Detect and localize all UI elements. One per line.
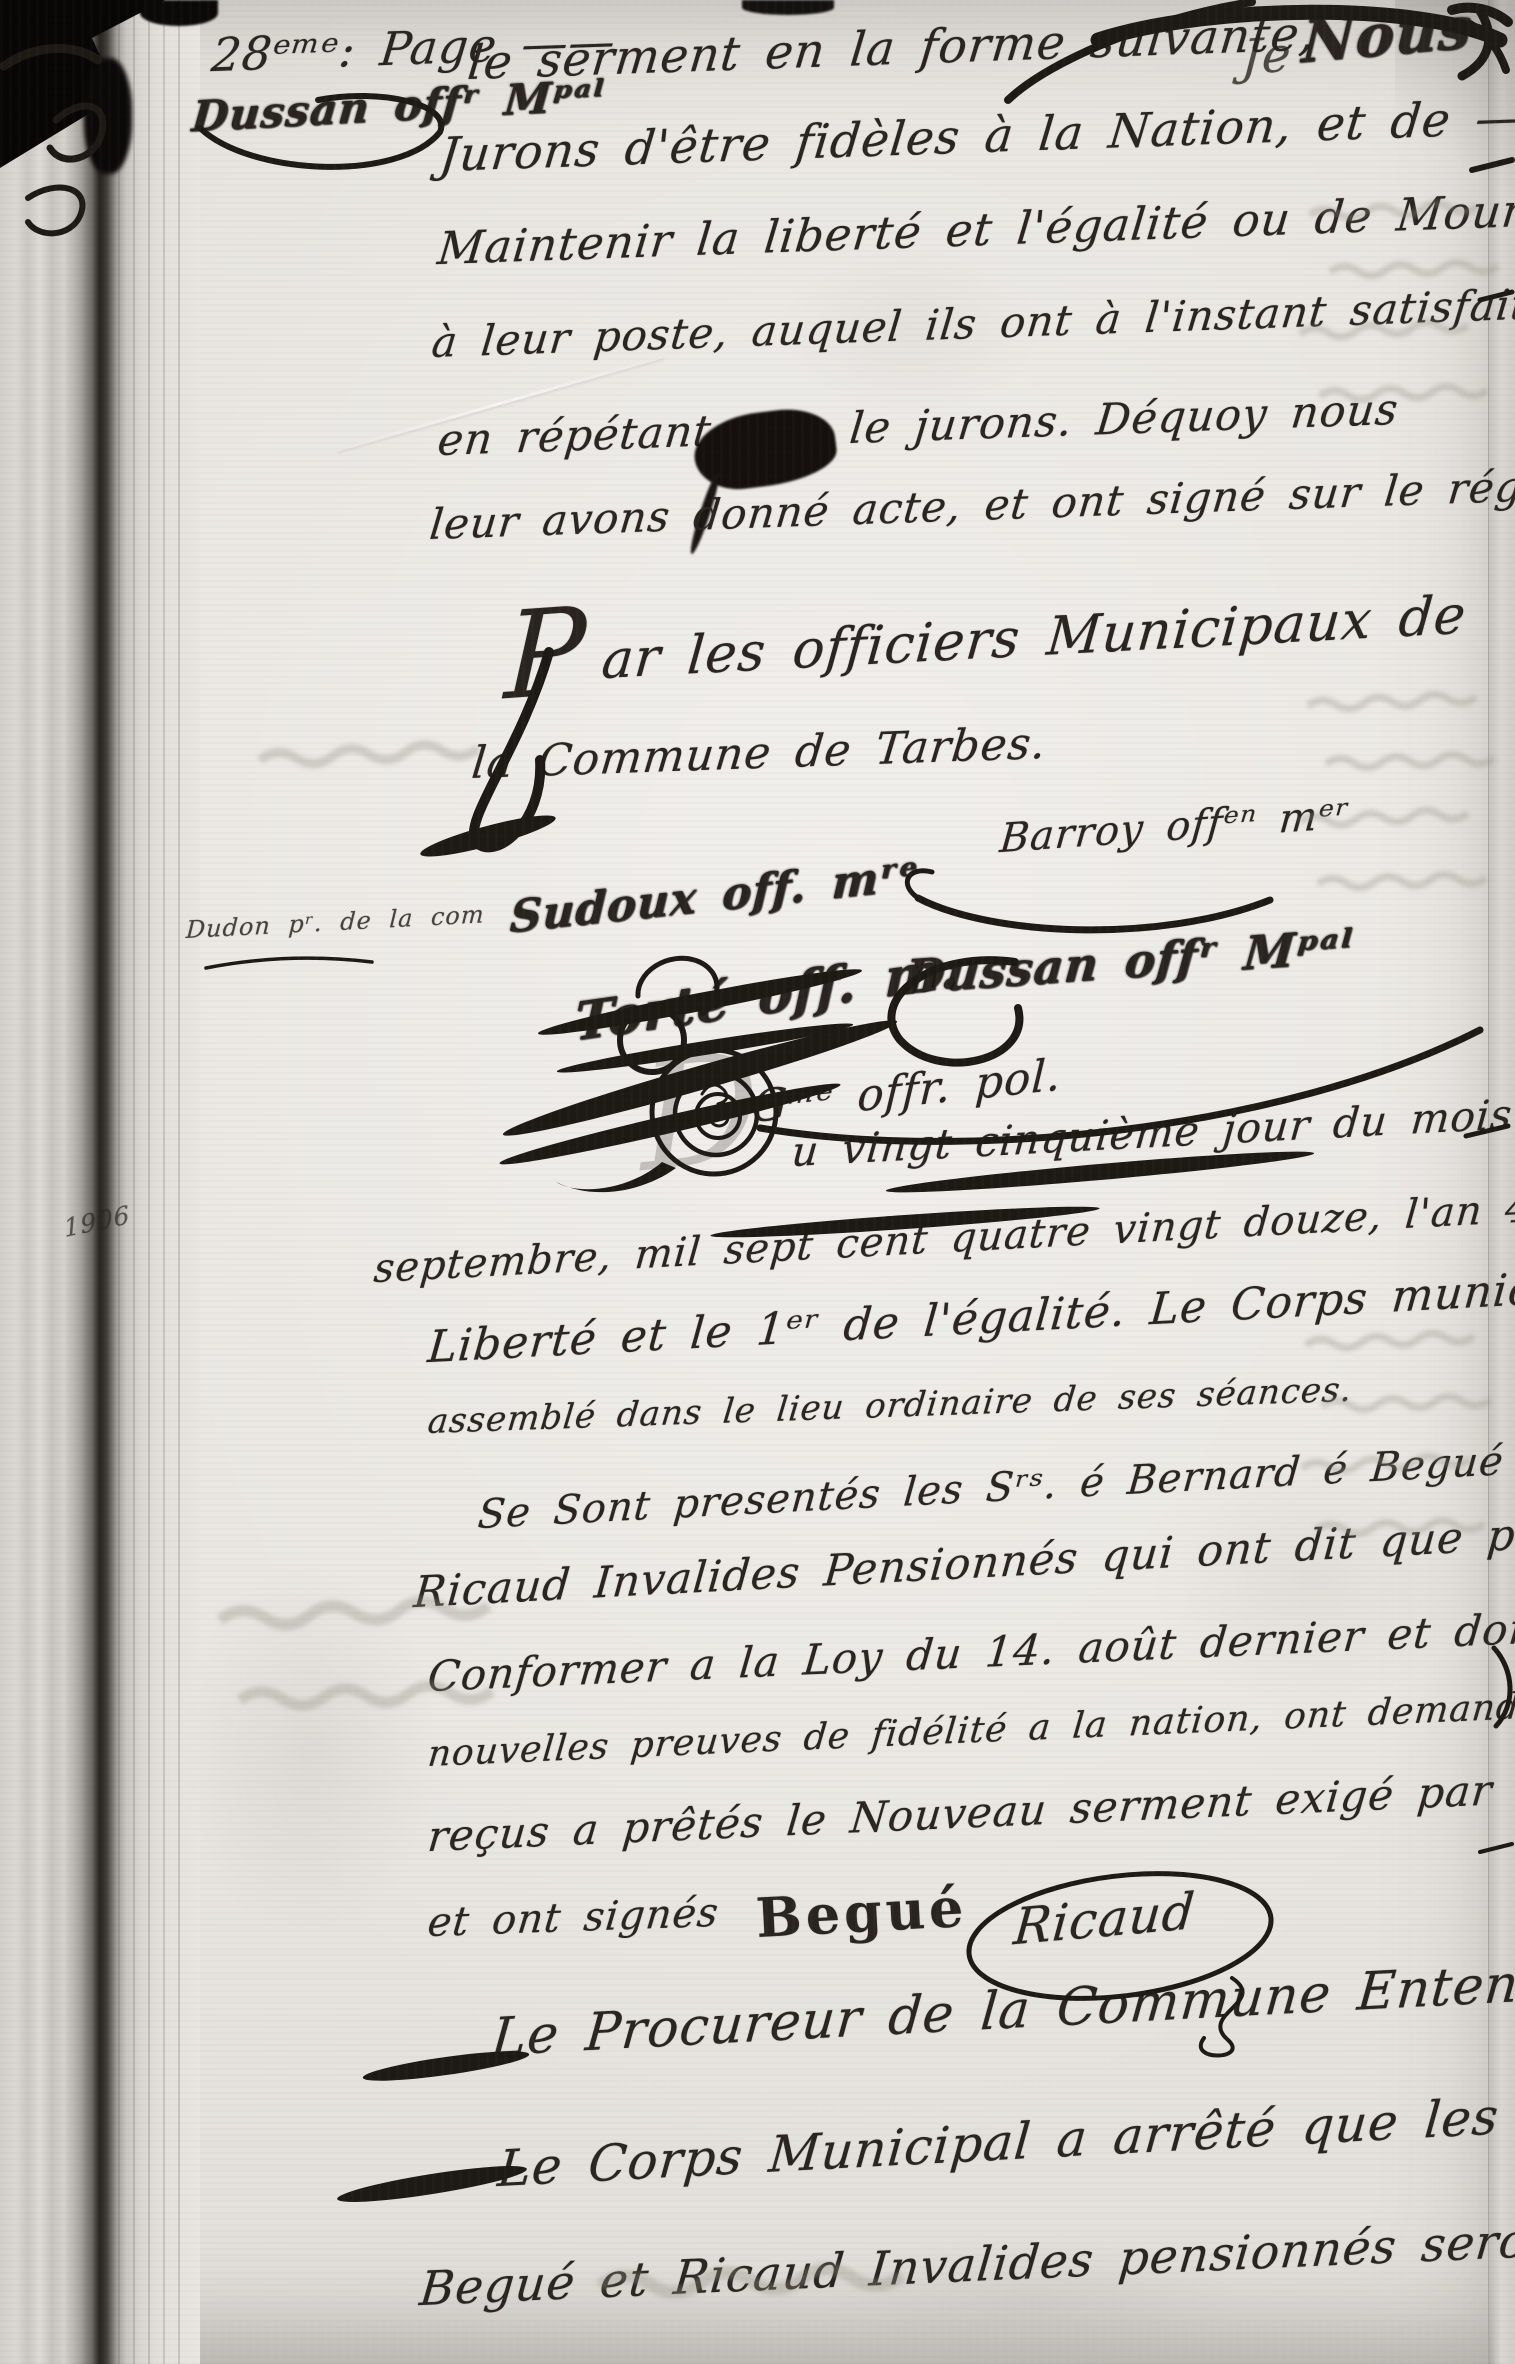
manuscript-scan: 28ᵉᵐᵉ: Page —— Dussan offʳ Mᵖᵃˡ le serme… — [0, 0, 1515, 2364]
page-stack-edges — [118, 0, 180, 2364]
oath-line-6: leur avons donné acte, et ont signé sur … — [427, 458, 1515, 549]
ghost-line — [260, 742, 479, 766]
presentation-line-6: et ont signés — [426, 1890, 722, 1946]
signature-dussan: Dussan offʳ Mᵖᵃˡ — [903, 918, 1356, 1004]
attestation-p-thick-sweep — [418, 808, 558, 864]
signature-barroy: Barroy offᵉⁿ mᵉʳ — [998, 791, 1352, 862]
presentation-line-3: Conformer a la Loy du 14. août dernier e… — [426, 1597, 1515, 1701]
attestation-line-2: la Commune de Tarbes. — [469, 718, 1049, 789]
signature-torte: Torté off. m. — [574, 938, 960, 1054]
oath-struck-word-je: Je — [1240, 26, 1293, 86]
top-edge-ink-blob — [140, 0, 218, 26]
dudon-underline — [206, 958, 372, 968]
decision-line-3: Begué et Ricaud Invalides pensionnés ser… — [417, 2211, 1515, 2317]
ghost-line — [1306, 1331, 1474, 1350]
session-initial-D: D — [637, 1019, 764, 1206]
oath-line-5-end: le jurons. Déquoy nous — [847, 385, 1401, 454]
decision-line-1: Le Procureur de la Commune Entendu — [489, 1950, 1515, 2068]
oath-line-3: Maintenir la liberté et l'égalité ou de … — [435, 183, 1515, 275]
ghost-line — [1318, 873, 1486, 889]
oath-line-5-start: en répétant — [435, 406, 714, 466]
margin-note-procureur: Dudon pʳ. de la com — [185, 900, 485, 944]
top-edge-smudge — [742, 0, 834, 15]
decision-line-2: Le Corps Municipal a arrêté que les dits — [495, 2081, 1515, 2198]
session-line-4: assemblé dans le lieu ordinaire de ses s… — [426, 1370, 1355, 1442]
presentation-line-5: reçus a prêtés le Nouveau serment exigé … — [426, 1758, 1515, 1861]
ghost-line — [1330, 261, 1498, 277]
attestation-line-1: ar les officiers Municipaux de — [599, 585, 1469, 692]
oath-line-4: à leur poste, auquel ils ont à l'instant… — [429, 280, 1515, 368]
attestation-initial-P: P — [503, 582, 589, 727]
signature-sudoux: Sudoux off. mʳᵉ — [509, 849, 920, 944]
paper-stain — [180, 1560, 440, 1940]
ghost-line — [1326, 753, 1494, 769]
barroy-underline — [918, 898, 1270, 930]
ghost-line — [1308, 692, 1476, 711]
signature-ricaud: Ricaud — [1011, 1882, 1197, 1957]
signature-begue: Begué — [754, 1875, 968, 1950]
gutter-ink-blob — [84, 58, 132, 174]
